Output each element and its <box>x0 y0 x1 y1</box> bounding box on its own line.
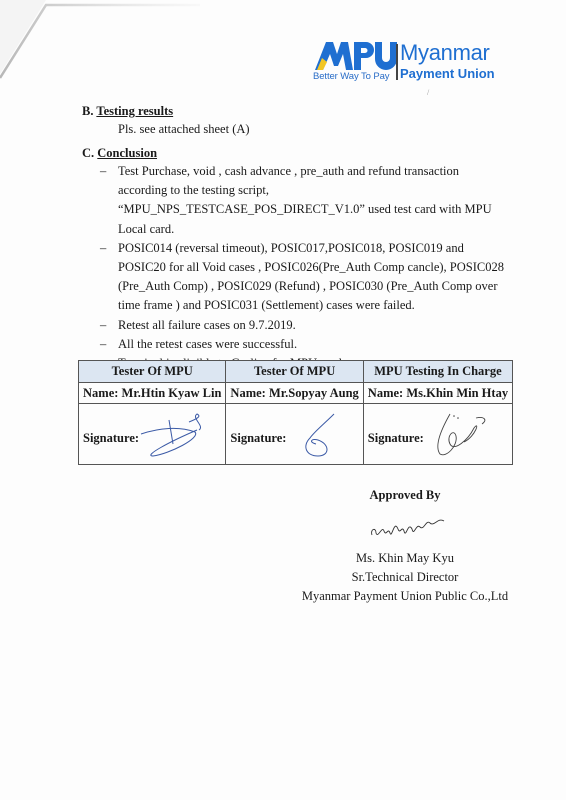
handwritten-signature-icon <box>368 511 448 547</box>
section-c-letter: C. <box>82 146 94 160</box>
column-header: Tester Of MPU <box>226 361 363 383</box>
tester-name: Name: Mr.Htin Kyaw Lin <box>79 383 226 404</box>
logo-tagline: Better Way To Pay <box>313 71 389 82</box>
handwritten-signature-icon <box>428 406 498 462</box>
approver-signature <box>290 505 520 549</box>
section-b-body: Pls. see attached sheet (A) <box>118 120 250 139</box>
pen-mark: / <box>427 88 429 97</box>
section-b-letter: B. <box>82 104 93 118</box>
table-row-signatures: Signature: Signature: Signature: <box>79 404 513 465</box>
approval-block: Approved By Ms. Khin May Kyu Sr.Technica… <box>290 486 520 606</box>
mpu-mark-icon <box>313 38 397 72</box>
column-header: MPU Testing In Charge <box>363 361 512 383</box>
signature-label: Signature: <box>83 431 139 445</box>
logo-brand-top: Myanmar <box>400 40 490 66</box>
signoff-table: Tester Of MPU Tester Of MPU MPU Testing … <box>78 360 513 465</box>
conclusion-list: Test Purchase, void , cash advance , pre… <box>96 162 504 373</box>
section-c-title: Conclusion <box>97 146 157 160</box>
table-row-names: Name: Mr.Htin Kyaw Lin Name: Mr.Sopyay A… <box>79 383 513 404</box>
table-header-row: Tester Of MPU Tester Of MPU MPU Testing … <box>79 361 513 383</box>
section-b-title: Testing results <box>96 104 173 118</box>
signature-cell: Signature: <box>363 404 512 465</box>
column-header: Tester Of MPU <box>79 361 226 383</box>
signature-cell: Signature: <box>226 404 363 465</box>
approved-by-label: Approved By <box>290 486 520 505</box>
signature-label: Signature: <box>230 431 286 445</box>
section-b-heading: B. Testing results <box>82 104 173 119</box>
approver-title: Sr.Technical Director <box>290 568 520 587</box>
signature-label: Signature: <box>368 431 424 445</box>
tester-name: Name: Mr.Sopyay Aung <box>226 383 363 404</box>
logo-divider <box>396 44 398 80</box>
tester-name: Name: Ms.Khin Min Htay <box>363 383 512 404</box>
conclusion-item: Retest all failure cases on 9.7.2019. <box>96 316 504 335</box>
mpu-logo: Better Way To Pay Myanmar Payment Union <box>313 38 513 86</box>
conclusion-item: POSIC014 (reversal timeout), POSIC017,PO… <box>96 239 504 316</box>
conclusion-item: All the retest cases were successful. <box>96 335 504 354</box>
logo-brand-bottom: Payment Union <box>400 66 495 81</box>
signature-cell: Signature: <box>79 404 226 465</box>
section-c-heading: C. Conclusion <box>82 146 157 161</box>
handwritten-signature-icon <box>296 410 346 462</box>
conclusion-item: Test Purchase, void , cash advance , pre… <box>96 162 504 239</box>
approver-name: Ms. Khin May Kyu <box>290 549 520 568</box>
handwritten-signature-icon <box>139 408 219 460</box>
approver-organization: Myanmar Payment Union Public Co.,Ltd <box>290 587 520 606</box>
